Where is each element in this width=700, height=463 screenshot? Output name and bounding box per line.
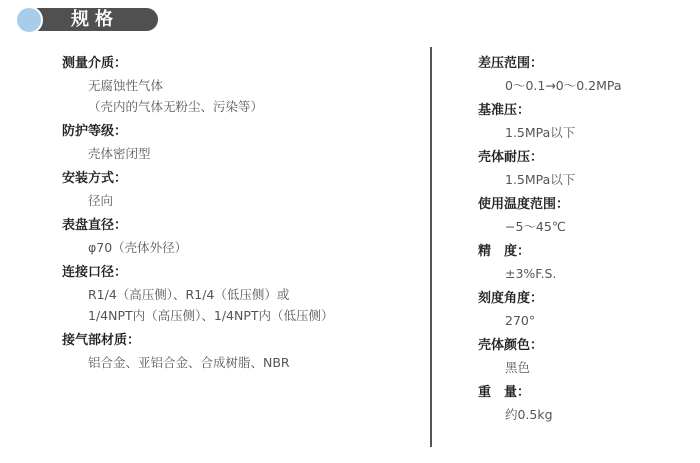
spec-mounting: 安装方式： 径向: [62, 167, 412, 211]
spec-value: 黑色: [478, 357, 678, 378]
spec-accuracy: 精 度： ±3%F.S.: [478, 240, 678, 284]
spec-value: （壳内的气体无粉尘、污染等）: [62, 96, 412, 117]
spec-connection-size: 连接口径： R1/4（高压侧）、R1/4（低压侧）或 1/4NPT内（高压侧）、…: [62, 261, 412, 326]
spec-measuring-medium: 测量介质： 无腐蚀性气体 （壳内的气体无粉尘、污染等）: [62, 52, 412, 117]
section-title: 规格: [71, 9, 119, 31]
spec-label: 表盘直径：: [62, 214, 412, 237]
spec-label: 接气部材质：: [62, 329, 412, 352]
spec-dial-diameter: 表盘直径： φ70（壳体外径）: [62, 214, 412, 258]
spec-value: φ70（壳体外径）: [62, 237, 412, 258]
spec-label: 重 量：: [478, 381, 678, 404]
spec-label: 差压范围：: [478, 52, 678, 75]
column-divider: [430, 47, 432, 447]
spec-column-left: 测量介质： 无腐蚀性气体 （壳内的气体无粉尘、污染等） 防护等级： 壳体密闭型 …: [62, 52, 412, 376]
spec-value: 1/4NPT内（高压侧）、1/4NPT内（低压侧）: [62, 305, 412, 326]
spec-value: 1.5MPa以下: [478, 122, 678, 143]
spec-value: 约0.5kg: [478, 404, 678, 425]
spec-case-color: 壳体颜色： 黑色: [478, 334, 678, 378]
spec-label: 测量介质：: [62, 52, 412, 75]
spec-label: 基准压：: [478, 99, 678, 122]
spec-value: −5～45℃: [478, 216, 678, 237]
section-header: 规格: [14, 6, 164, 34]
spec-value: R1/4（高压侧）、R1/4（低压侧）或: [62, 284, 412, 305]
spec-label: 连接口径：: [62, 261, 412, 284]
spec-value: 径向: [62, 190, 412, 211]
spec-differential-range: 差压范围： 0～0.1→0～0.2MPa: [478, 52, 678, 96]
spec-column-right: 差压范围： 0～0.1→0～0.2MPa 基准压： 1.5MPa以下 壳体耐压：…: [478, 52, 678, 428]
spec-wetted-material: 接气部材质： 铝合金、亚铝合金、合成树脂、NBR: [62, 329, 412, 373]
spec-weight: 重 量： 约0.5kg: [478, 381, 678, 425]
header-circle-icon: [15, 6, 43, 34]
spec-value: 270°: [478, 310, 678, 331]
spec-value: 1.5MPa以下: [478, 169, 678, 190]
spec-value: 无腐蚀性气体: [62, 75, 412, 96]
spec-value: ±3%F.S.: [478, 263, 678, 284]
spec-label: 安装方式：: [62, 167, 412, 190]
spec-label: 使用温度范围：: [478, 193, 678, 216]
spec-value: 0～0.1→0～0.2MPa: [478, 75, 678, 96]
spec-label: 精 度：: [478, 240, 678, 263]
spec-protection-level: 防护等级： 壳体密闭型: [62, 120, 412, 164]
spec-scale-angle: 刻度角度： 270°: [478, 287, 678, 331]
spec-label: 刻度角度：: [478, 287, 678, 310]
spec-value: 壳体密闭型: [62, 143, 412, 164]
spec-value: 铝合金、亚铝合金、合成树脂、NBR: [62, 352, 412, 373]
spec-label: 壳体颜色：: [478, 334, 678, 357]
spec-case-pressure: 壳体耐压： 1.5MPa以下: [478, 146, 678, 190]
spec-reference-pressure: 基准压： 1.5MPa以下: [478, 99, 678, 143]
spec-label: 防护等级：: [62, 120, 412, 143]
spec-label: 壳体耐压：: [478, 146, 678, 169]
spec-temperature-range: 使用温度范围： −5～45℃: [478, 193, 678, 237]
